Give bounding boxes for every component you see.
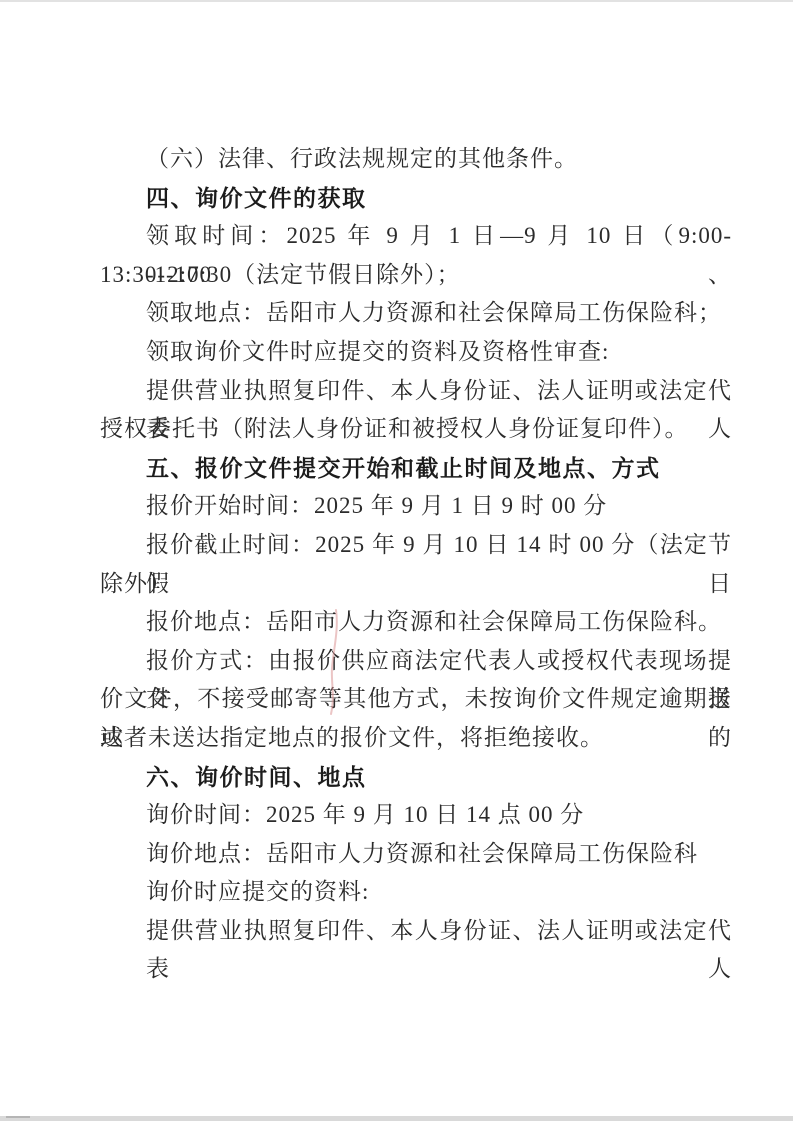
document-content: （六）法律、行政法规规定的其他条件。四、询价文件的获取领取时间：2025 年 9…	[100, 140, 732, 950]
document-line: 领取时间：2025 年 9 月 1 日—9 月 10 日（9:00--12:00…	[100, 217, 732, 256]
document-line: 报价方式：由报价供应商法定代表人或授权代表现场提交报	[100, 642, 732, 681]
section-heading: 五、报价文件提交开始和截止时间及地点、方式	[100, 449, 732, 488]
document-line: 询价时应提交的资料:	[100, 873, 732, 912]
document-line: 询价时间：2025 年 9 月 10 日 14 点 00 分	[100, 796, 732, 835]
document-line: 领取询价文件时应提交的资料及资格性审查:	[100, 333, 732, 372]
scanner-edge-top	[0, 0, 793, 2]
document-line: 授权委托书（附法人身份证和被授权人身份证复印件）。	[100, 410, 732, 449]
scanner-edge-bottom-dark	[6, 1116, 30, 1118]
scanner-edge-bottom	[0, 1116, 793, 1121]
document-line: 报价截止时间：2025 年 9 月 10 日 14 时 00 分（法定节假日	[100, 526, 732, 565]
document-line: 价文件，不接受邮寄等其他方式，未按询价文件规定逾期送达的	[100, 680, 732, 719]
document-line: 报价地点：岳阳市人力资源和社会保障局工伤保险科。	[100, 603, 732, 642]
document-line: 提供营业执照复印件、本人身份证、法人证明或法定代表人	[100, 912, 732, 951]
section-heading: 四、询价文件的获取	[100, 179, 732, 218]
document-line: 领取地点：岳阳市人力资源和社会保障局工伤保险科；	[100, 294, 732, 333]
section-heading: 六、询价时间、地点	[100, 758, 732, 797]
document-line: 报价开始时间：2025 年 9 月 1 日 9 时 00 分	[100, 487, 732, 526]
document-line: 提供营业执照复印件、本人身份证、法人证明或法定代表人	[100, 372, 732, 411]
document-line: （六）法律、行政法规规定的其他条件。	[100, 140, 732, 179]
document-line: 询价地点：岳阳市人力资源和社会保障局工伤保险科	[100, 835, 732, 874]
scanned-document-page: （六）法律、行政法规规定的其他条件。四、询价文件的获取领取时间：2025 年 9…	[0, 0, 793, 1121]
